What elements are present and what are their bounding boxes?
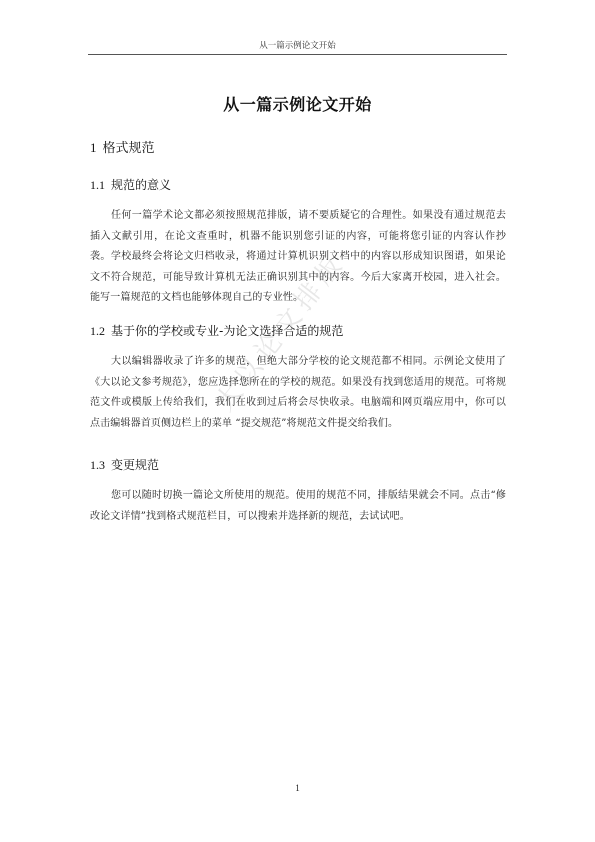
- section-title: 格式规范: [103, 141, 155, 156]
- subsection-title: 规范的意义: [111, 178, 171, 192]
- subsection-heading-1-3: 1.3变更规范: [90, 456, 159, 473]
- subsection-heading-1-1: 1.1规范的意义: [90, 176, 171, 193]
- paragraph-1-3: 您可以随时切换一篇论文所使用的规范。使用的规范不同，排版结果就会不同。点击“修改…: [90, 486, 506, 527]
- running-header: 从一篇示例论文开始: [88, 40, 507, 55]
- paragraph-1-2: 大以编辑器收录了许多的规范，但绝大部分学校的论文规范都不相同。示例论文使用了《大…: [90, 352, 506, 434]
- subsection-heading-1-2: 1.2基于你的学校或专业-为论文选择合适的规范: [90, 322, 343, 339]
- section-heading-1: 1格式规范: [90, 137, 155, 156]
- subsection-title: 变更规范: [111, 458, 159, 472]
- subsection-number: 1.2: [90, 324, 105, 338]
- subsection-number: 1.3: [90, 458, 105, 472]
- page-number: 1: [0, 783, 595, 793]
- subsection-number: 1.1: [90, 178, 105, 192]
- section-number: 1: [90, 140, 97, 155]
- paragraph-1-1: 任何一篇学术论文都必须按照规范排版，请不要质疑它的合理性。如果没有通过规范去插入…: [90, 206, 506, 309]
- document-title: 从一篇示例论文开始: [0, 92, 595, 115]
- subsection-title: 基于你的学校或专业-为论文选择合适的规范: [111, 324, 343, 338]
- running-header-title: 从一篇示例论文开始: [259, 41, 336, 51]
